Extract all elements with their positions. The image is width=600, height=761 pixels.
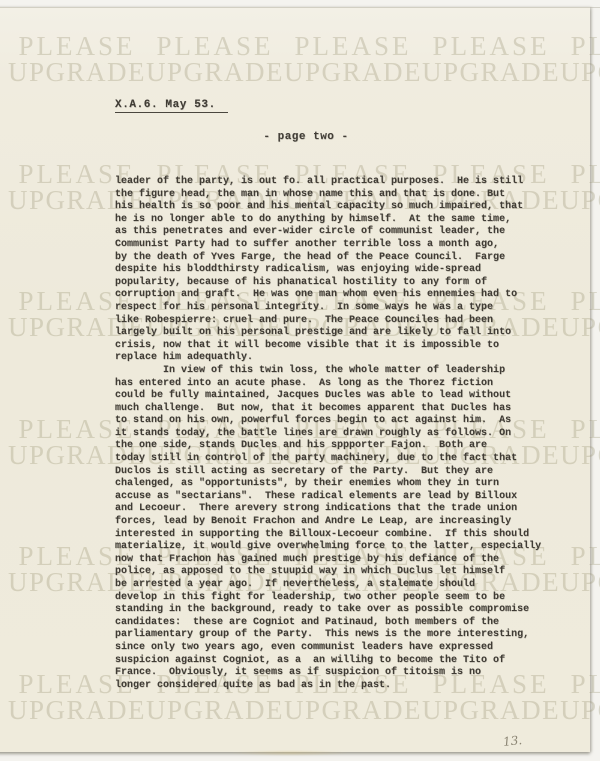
document-body: leader of the party, is out fo. all prac… [115,176,555,692]
typewritten-line: interested in supporting the Billoux-Lec… [115,529,555,542]
typewritten-line: replace him adequathly. [115,352,555,365]
typewritten-line: respect for his personal integrity. In s… [115,302,555,315]
typewritten-line: candidates: these are Cogniot and Patina… [115,617,555,630]
typewritten-line: the one side, stands Ducles and his sppp… [115,440,555,453]
typewritten-line: could be fully maintained, Jacques Ducle… [115,390,555,403]
typewritten-line: leader of the party, is out fo. all prac… [115,176,555,189]
typewritten-line: the figure head, the man in whose name t… [115,189,555,202]
typewritten-line: crisis, now that it will become visible … [115,340,555,353]
typewritten-line: corruption and graft. He was one man who… [115,289,555,302]
typewritten-line: popularity, because of his phanatical ho… [115,277,555,290]
typewritten-line: largely built on his personal prestige a… [115,327,555,340]
typewritten-line: materialize, it would give overwhelming … [115,541,555,554]
typewritten-line: has entered into an acute phase. As long… [115,378,555,391]
typewritten-line: since only two years ago, even communist… [115,642,555,655]
typewritten-line: police, as apposed to the stuupid way in… [115,566,555,579]
typewritten-line: forces, lead by Benoit Frachon and Andre… [115,516,555,529]
typewritten-line: develop in this fight for leadership, tw… [115,592,555,605]
typewritten-line: Communist Party had to suffer another te… [115,239,555,252]
scanned-document-page: PLEASEUPGRADEPLEASEUPGRADEPLEASEUPGRADEP… [0,0,600,761]
typewritten-line: by the death of Yves Farge, the head of … [115,252,555,265]
typewritten-line: Duclos is still acting as secretary of t… [115,466,555,479]
typewritten-line: as this penetrates and ever-wider circle… [115,226,555,239]
page-number-pencil-mark: 13. [502,733,522,749]
typewritten-line: it stands today, the battle lines are dr… [115,428,555,441]
typewritten-line: to stand on his own, powerful forces beg… [115,415,555,428]
typewritten-line: his health is so poor and his mental cap… [115,201,555,214]
typewritten-line: chalenged, as "opportunists", by their e… [115,478,555,491]
typewritten-line: France. Obviously, it seems as if suspic… [115,667,555,680]
typewritten-line: longer considered quite as bad as in the… [115,680,555,693]
typewritten-line: and Lecoeur. There arevery strong indica… [115,503,555,516]
typewritten-line: parliamentary group of the Party. This n… [115,629,555,642]
typewritten-line: now that Frachon has gained much prestig… [115,554,555,567]
typewritten-line: despite his bloddthirsty radicalism, was… [115,264,555,277]
typewritten-line: much challenge. But now, that it becomes… [115,403,555,416]
typewritten-line: today still in control of the party mach… [115,453,555,466]
typewritten-line: he is no longer able to do anything by h… [115,214,555,227]
typewritten-line: In view of this twin loss, the whole mat… [115,365,555,378]
typewritten-line: accuse as "sectarians". These radical el… [115,491,555,504]
typewritten-line: like Robespierre: cruel and pure. The Pe… [115,315,555,328]
typewritten-line: suspicion against Cogniot, as a an willi… [115,655,555,668]
typed-text-layer: X.A.6. May 53. - page two - leader of th… [0,0,600,761]
typewritten-line: standing in the background, ready to tak… [115,604,555,617]
page-heading: - page two - [115,131,497,143]
typewritten-line: be arrested a year ago. If nevertheless,… [115,579,555,592]
document-reference: X.A.6. May 53. [115,99,228,113]
